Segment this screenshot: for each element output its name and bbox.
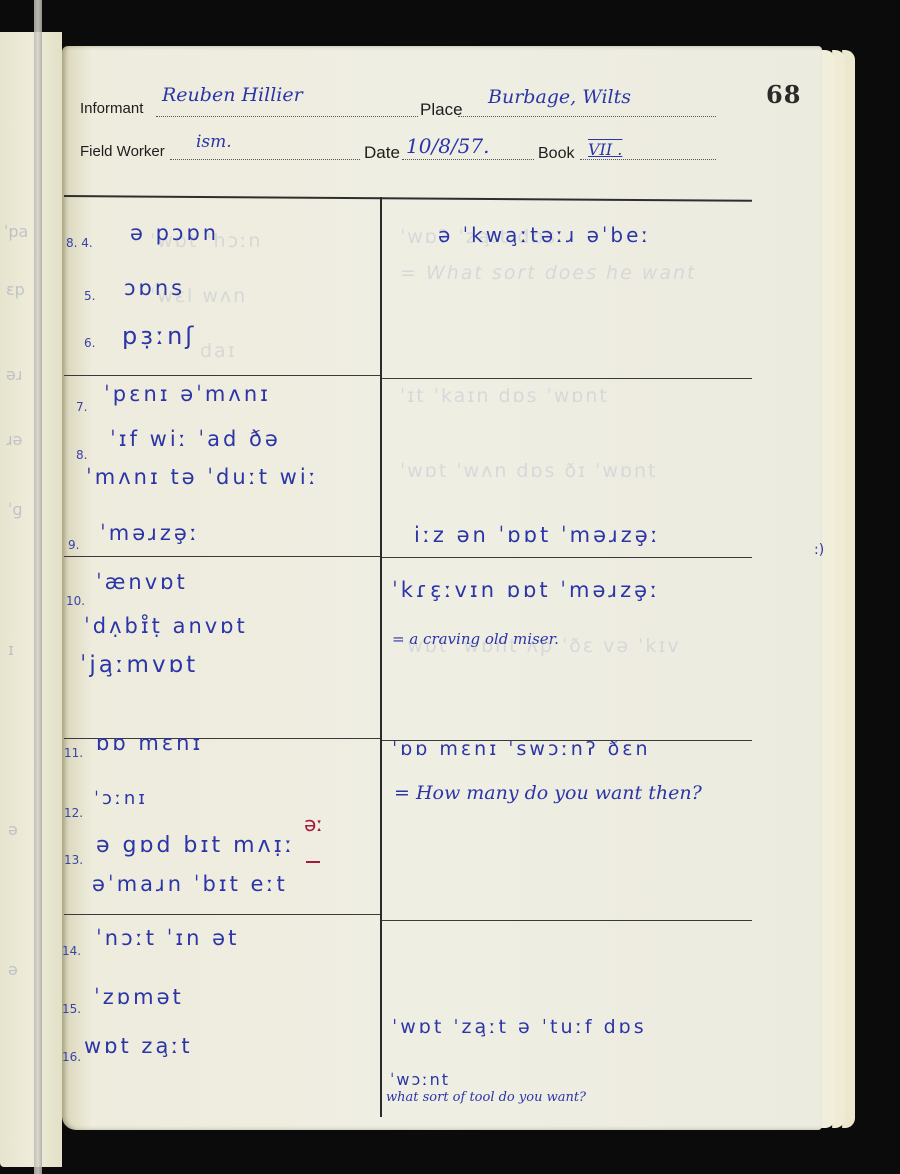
book-value: VII .: [588, 140, 622, 159]
row-divider: [382, 557, 752, 558]
entry-number: 10.: [66, 594, 85, 608]
entry-number: 8. 4.: [66, 236, 93, 250]
prev-page-ghost-text: ˈɡ: [8, 500, 23, 519]
entry-number: 13.: [64, 853, 83, 867]
response-ipa: ˈwɒt ˈza̧ːt ə ˈtuːf dɒs: [392, 1016, 647, 1038]
date-value: 10/8/57.: [406, 134, 489, 158]
entry-ipa: əˈmaɹn ˈbɪt eːt: [92, 872, 288, 896]
response-gloss: = How many do you want then?: [394, 782, 702, 804]
entry-ipa: ˈpɛnɪ əˈmʌnɪ: [104, 382, 271, 406]
page-number: 68: [766, 80, 801, 109]
entry-number: 15.: [62, 1002, 81, 1016]
entry-ipa: ˈmʌnɪ tə ˈduːt wiː: [86, 465, 319, 489]
field-worker-dotted-line: [170, 159, 360, 160]
response-ipa: ˈwɔːnt: [390, 1070, 450, 1089]
entry-number: 14.: [62, 944, 81, 958]
entry-ipa: ˈdʌ̣bɪ̊ṭ anvɒt: [84, 614, 248, 638]
row-divider: [64, 914, 380, 915]
previous-page-edge: [0, 32, 62, 1167]
informant-label: Informant: [80, 100, 143, 117]
row-divider: [64, 375, 380, 376]
field-worker-value: ism.: [196, 132, 232, 152]
response-ipa: ˈkɾɛ̧ːvɪn ɒɒt ˈməɹzə̧ː: [392, 578, 660, 602]
prev-page-ghost-text: ˈpa: [4, 222, 28, 241]
entry-ipa: ˈɪf wiː ˈad ðə: [110, 427, 281, 451]
date-label: Date: [364, 143, 400, 163]
informant-dotted-line: [156, 116, 418, 117]
row-divider: [382, 920, 752, 921]
show-through-text: ˈɪt ˈkaɪn dɒs ˈwɒnt: [400, 385, 609, 407]
prev-page-ghost-text: ə: [8, 960, 18, 979]
entry-ipa: ə gɒd bɪt mʌɪ̣ː: [96, 833, 295, 858]
date-dotted-line: [402, 159, 534, 160]
field-worker-label: Field Worker: [80, 143, 165, 160]
entry-number: 9.: [68, 538, 79, 552]
book-dotted-line: [580, 159, 716, 160]
correction-underline: [306, 861, 320, 863]
show-through-text: daɪ: [200, 340, 237, 362]
prev-page-ghost-text: ɪ: [8, 640, 14, 659]
response-ipa: iːz ən ˈɒɒt ˈməɹzə̧ː: [414, 523, 661, 547]
entry-ipa: ˈja̧ːmvɒt: [80, 652, 198, 678]
page-fold-shadow: [34, 0, 42, 1174]
prev-page-ghost-text: ə: [8, 820, 18, 839]
place-value: Burbage, Wilts: [488, 86, 631, 108]
prev-page-ghost-text: əɹ: [6, 365, 22, 384]
entry-number: 6.: [84, 336, 95, 350]
page-stack-edge: [820, 50, 835, 1128]
entry-ipa: ɔɒns: [124, 276, 185, 300]
entry-ipa: ˈməɹzə̧ː: [100, 521, 200, 545]
prev-page-ghost-text: ɹə: [6, 430, 22, 449]
entry-ipa: wɒt za̧ːt: [84, 1034, 193, 1058]
entry-number: 8.: [76, 448, 87, 462]
response-gloss: = a craving old miser.: [392, 630, 559, 648]
entry-ipa: pɜ̣ːnʃ: [122, 322, 196, 350]
column-divider: [380, 197, 382, 1117]
entry-ipa: ˈænvɒt: [96, 570, 188, 594]
entry-ipa: ɒɒ mɛnɪ: [96, 731, 203, 755]
correction-mark: əː: [304, 812, 323, 836]
entry-number: 16.: [62, 1050, 81, 1064]
response-gloss: what sort of tool do you want?: [386, 1090, 586, 1105]
entry-number: 12.: [64, 806, 83, 820]
row-divider: [382, 378, 752, 379]
entry-ipa: ˈnɔːt ˈɪn ət: [96, 926, 239, 950]
show-through-text: = What sort does he want: [400, 262, 697, 284]
entry-ipa: ə pɔɒn: [130, 221, 219, 245]
response-ipa: ə ˈkwa̧ːtəːɹ əˈbeː: [438, 223, 651, 247]
book-label: Book: [538, 145, 574, 163]
place-label: Place: [420, 100, 463, 120]
place-dotted-line: [458, 116, 716, 117]
row-divider: [64, 556, 380, 557]
prev-page-ghost-text: ɛp: [6, 280, 25, 299]
margin-mark: :): [814, 542, 824, 558]
entry-number: 11.: [64, 746, 83, 760]
entry-number: 5.: [84, 289, 95, 303]
response-ipa: ˈɒɒ mɛnɪ ˈswɔːnʔ ðɛn: [392, 738, 651, 760]
entry-ipa: ˈɔːnɪ: [94, 788, 148, 809]
show-through-text: ˈwɒt ˈwʌn dɒs ðɪ ˈwɒnt: [400, 460, 658, 482]
entry-number: 7.: [76, 400, 87, 414]
entry-ipa: ˈzɒmət: [94, 985, 184, 1009]
informant-value: Reuben Hillier: [162, 84, 303, 106]
